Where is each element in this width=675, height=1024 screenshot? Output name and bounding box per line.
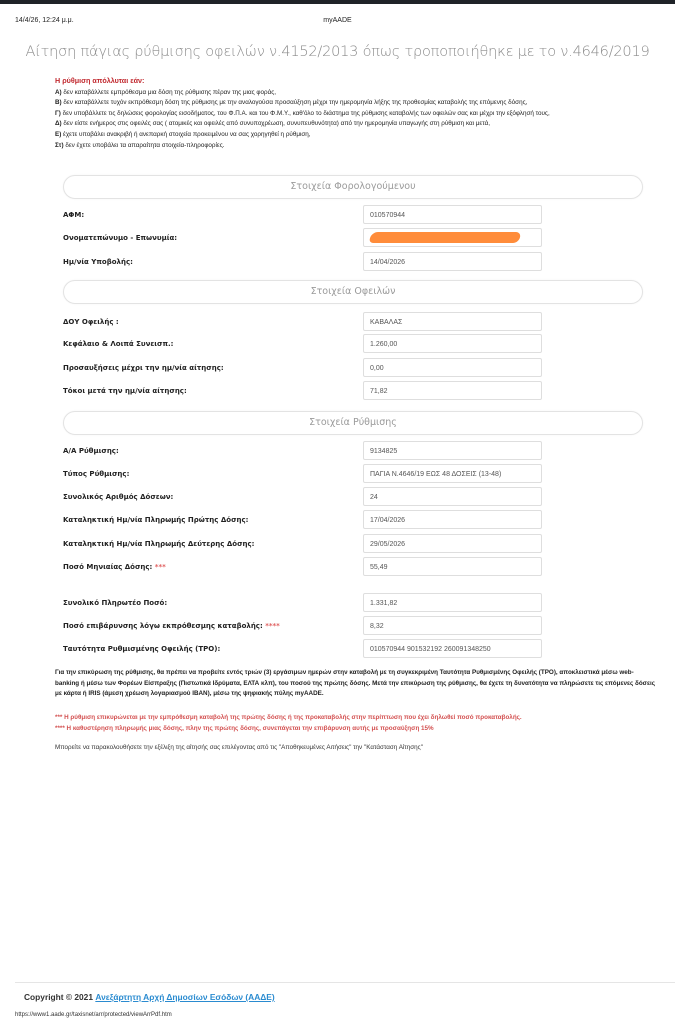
monthly-amount-field[interactable]: 55,49 (363, 557, 542, 576)
field-row-total-payable: Συνολικό Πληρωτέο Ποσό: 1.331,82 (63, 593, 543, 613)
footnote-stars: **** (265, 622, 280, 630)
footer-divider (15, 982, 675, 983)
submission-date-field[interactable]: 14/04/2026 (363, 252, 542, 271)
field-row-first-due-date: Καταληκτική Ημ/νία Πληρωμής Πρώτης Δόσης… (63, 510, 543, 530)
footnotes: *** Η ρύθμιση επικυρώνεται με την εμπρόθ… (55, 713, 655, 734)
field-row-tax-office: ΔΟΥ Οφειλής : ΚΑΒΑΛΑΣ (63, 312, 543, 332)
condition-item: Γ) δεν υποβάλλετε τις δηλώσεις φορολογία… (55, 109, 665, 120)
footnote-3-stars: *** Η ρύθμιση επικυρώνεται με την εμπρόθ… (55, 713, 655, 724)
arrangement-id-field[interactable]: 9134825 (363, 441, 542, 460)
name-field[interactable] (363, 228, 542, 247)
field-label: ΔΟΥ Οφειλής : (63, 312, 119, 332)
field-row-afm: ΑΦΜ: 010570944 (63, 205, 543, 225)
field-row-arrangement-type: Τύπος Ρύθμισης: ΠΑΓΙΑ Ν.4646/19 ΕΩΣ 48 Δ… (63, 464, 543, 484)
condition-item: Α) δεν καταβάλλετε εμπρόθεσμα μια δόση τ… (55, 88, 665, 99)
principal-field[interactable]: 1.260,00 (363, 334, 542, 353)
tro-field[interactable]: 010570944 901532192 260091348250 (363, 639, 542, 658)
field-label: Ονοματεπώνυμο - Επωνυμία: (63, 228, 177, 248)
second-due-date-field[interactable]: 29/05/2026 (363, 534, 542, 553)
field-label: Προσαυξήσεις μέχρι την ημ/νία αίτησης: (63, 358, 224, 378)
print-url: https://www1.aade.gr/taxisnet/arr/protec… (15, 1012, 172, 1018)
condition-item: Στ) δεν έχετε υποβάλει τα απαραίτητα στο… (55, 141, 665, 152)
interest-field[interactable]: 71,82 (363, 381, 542, 400)
arrangement-type-field[interactable]: ΠΑΓΙΑ Ν.4646/19 ΕΩΣ 48 ΔΟΣΕΙΣ (13-48) (363, 464, 542, 483)
total-payable-field[interactable]: 1.331,82 (363, 593, 542, 612)
surcharges-field[interactable]: 0,00 (363, 358, 542, 377)
section-header-arrangement: Στοιχεία Ρύθμισης (63, 411, 643, 435)
tax-office-field[interactable]: ΚΑΒΑΛΑΣ (363, 312, 542, 331)
late-charge-field[interactable]: 8,32 (363, 616, 542, 635)
footnote-stars: *** (155, 563, 166, 571)
field-label: Ταυτότητα Ρυθμισμένης Οφειλής (ΤΡΟ): (63, 639, 220, 659)
field-row-installments: Συνολικός Αριθμός Δόσεων: 24 (63, 487, 543, 507)
section-header-debts: Στοιχεία Οφειλών (63, 280, 643, 304)
condition-item: Β) δεν καταβάλλετε τυχόν εκπρόθεσμη δόση… (55, 98, 665, 109)
aade-link[interactable]: Ανεξάρτητη Αρχή Δημοσίων Εσόδων (ΑΑΔΕ) (95, 992, 274, 1002)
field-label: Ποσό επιβάρυνσης λόγω εκπρόθεσμης καταβο… (63, 616, 280, 636)
print-page-title: myAADE (0, 17, 675, 24)
copyright: Copyright © 2021 Ανεξάρτητη Αρχή Δημοσίω… (24, 992, 275, 1002)
field-label: Συνολικός Αριθμός Δόσεων: (63, 487, 173, 507)
condition-item: Ε) έχετε υποβάλει ανακριβή ή ανεπαρκή στ… (55, 130, 665, 141)
conditions-heading: Η ρύθμιση απόλλυται εάν: (55, 76, 665, 87)
installments-field[interactable]: 24 (363, 487, 542, 506)
field-row-submission-date: Ημ/νία Υποβολής: 14/04/2026 (63, 252, 543, 272)
field-label: Τόκοι μετά την ημ/νία αίτησης: (63, 381, 187, 401)
condition-item: Δ) δεν είστε ενήμερος στις οφειλές σας (… (55, 119, 665, 130)
afm-field[interactable]: 010570944 (363, 205, 542, 224)
field-label: Α/Α Ρύθμισης: (63, 441, 119, 461)
first-due-date-field[interactable]: 17/04/2026 (363, 510, 542, 529)
field-row-arrangement-id: Α/Α Ρύθμισης: 9134825 (63, 441, 543, 461)
field-label: Κεφάλαιο & Λοιπά Συνεισπ.: (63, 334, 173, 354)
redaction-mark (369, 232, 521, 243)
field-row-monthly-amount: Ποσό Μηνιαίας Δόσης: *** 55,49 (63, 557, 543, 577)
field-row-tro: Ταυτότητα Ρυθμισμένης Οφειλής (ΤΡΟ): 010… (63, 639, 543, 659)
field-row-surcharges: Προσαυξήσεις μέχρι την ημ/νία αίτησης: 0… (63, 358, 543, 378)
field-label: Συνολικό Πληρωτέο Ποσό: (63, 593, 167, 613)
field-label: Ημ/νία Υποβολής: (63, 252, 133, 272)
footnote-4-stars: **** Η καθυστέρηση πληρωμής μιας δόσης, … (55, 724, 655, 735)
field-row-principal: Κεφάλαιο & Λοιπά Συνεισπ.: 1.260,00 (63, 334, 543, 354)
follow-status-text: Μπορείτε να παρακολουθήσετε την εξέλιξη … (55, 744, 655, 751)
field-row-interest: Τόκοι μετά την ημ/νία αίτησης: 71,82 (63, 381, 543, 401)
section-header-taxpayer: Στοιχεία Φορολογούμενου (63, 175, 643, 199)
field-label: ΑΦΜ: (63, 205, 84, 225)
field-label: Καταληκτική Ημ/νία Πληρωμής Δεύτερης Δόσ… (63, 534, 254, 554)
cancellation-conditions: Η ρύθμιση απόλλυται εάν: Α) δεν καταβάλλ… (55, 76, 665, 151)
page-title: Αίτηση πάγιας ρύθμισης οφειλών ν.4152/20… (0, 44, 675, 60)
validation-instructions: Για την επικύρωση της ρύθμισης, θα πρέπε… (55, 668, 655, 700)
field-row-name: Ονοματεπώνυμο - Επωνυμία: (63, 228, 543, 248)
field-row-second-due-date: Καταληκτική Ημ/νία Πληρωμής Δεύτερης Δόσ… (63, 534, 543, 554)
field-label: Καταληκτική Ημ/νία Πληρωμής Πρώτης Δόσης… (63, 510, 248, 530)
field-label: Τύπος Ρύθμισης: (63, 464, 129, 484)
window-top-bar (0, 0, 675, 4)
field-label: Ποσό Μηνιαίας Δόσης: *** (63, 557, 166, 577)
field-row-late-charge: Ποσό επιβάρυνσης λόγω εκπρόθεσμης καταβο… (63, 616, 543, 636)
